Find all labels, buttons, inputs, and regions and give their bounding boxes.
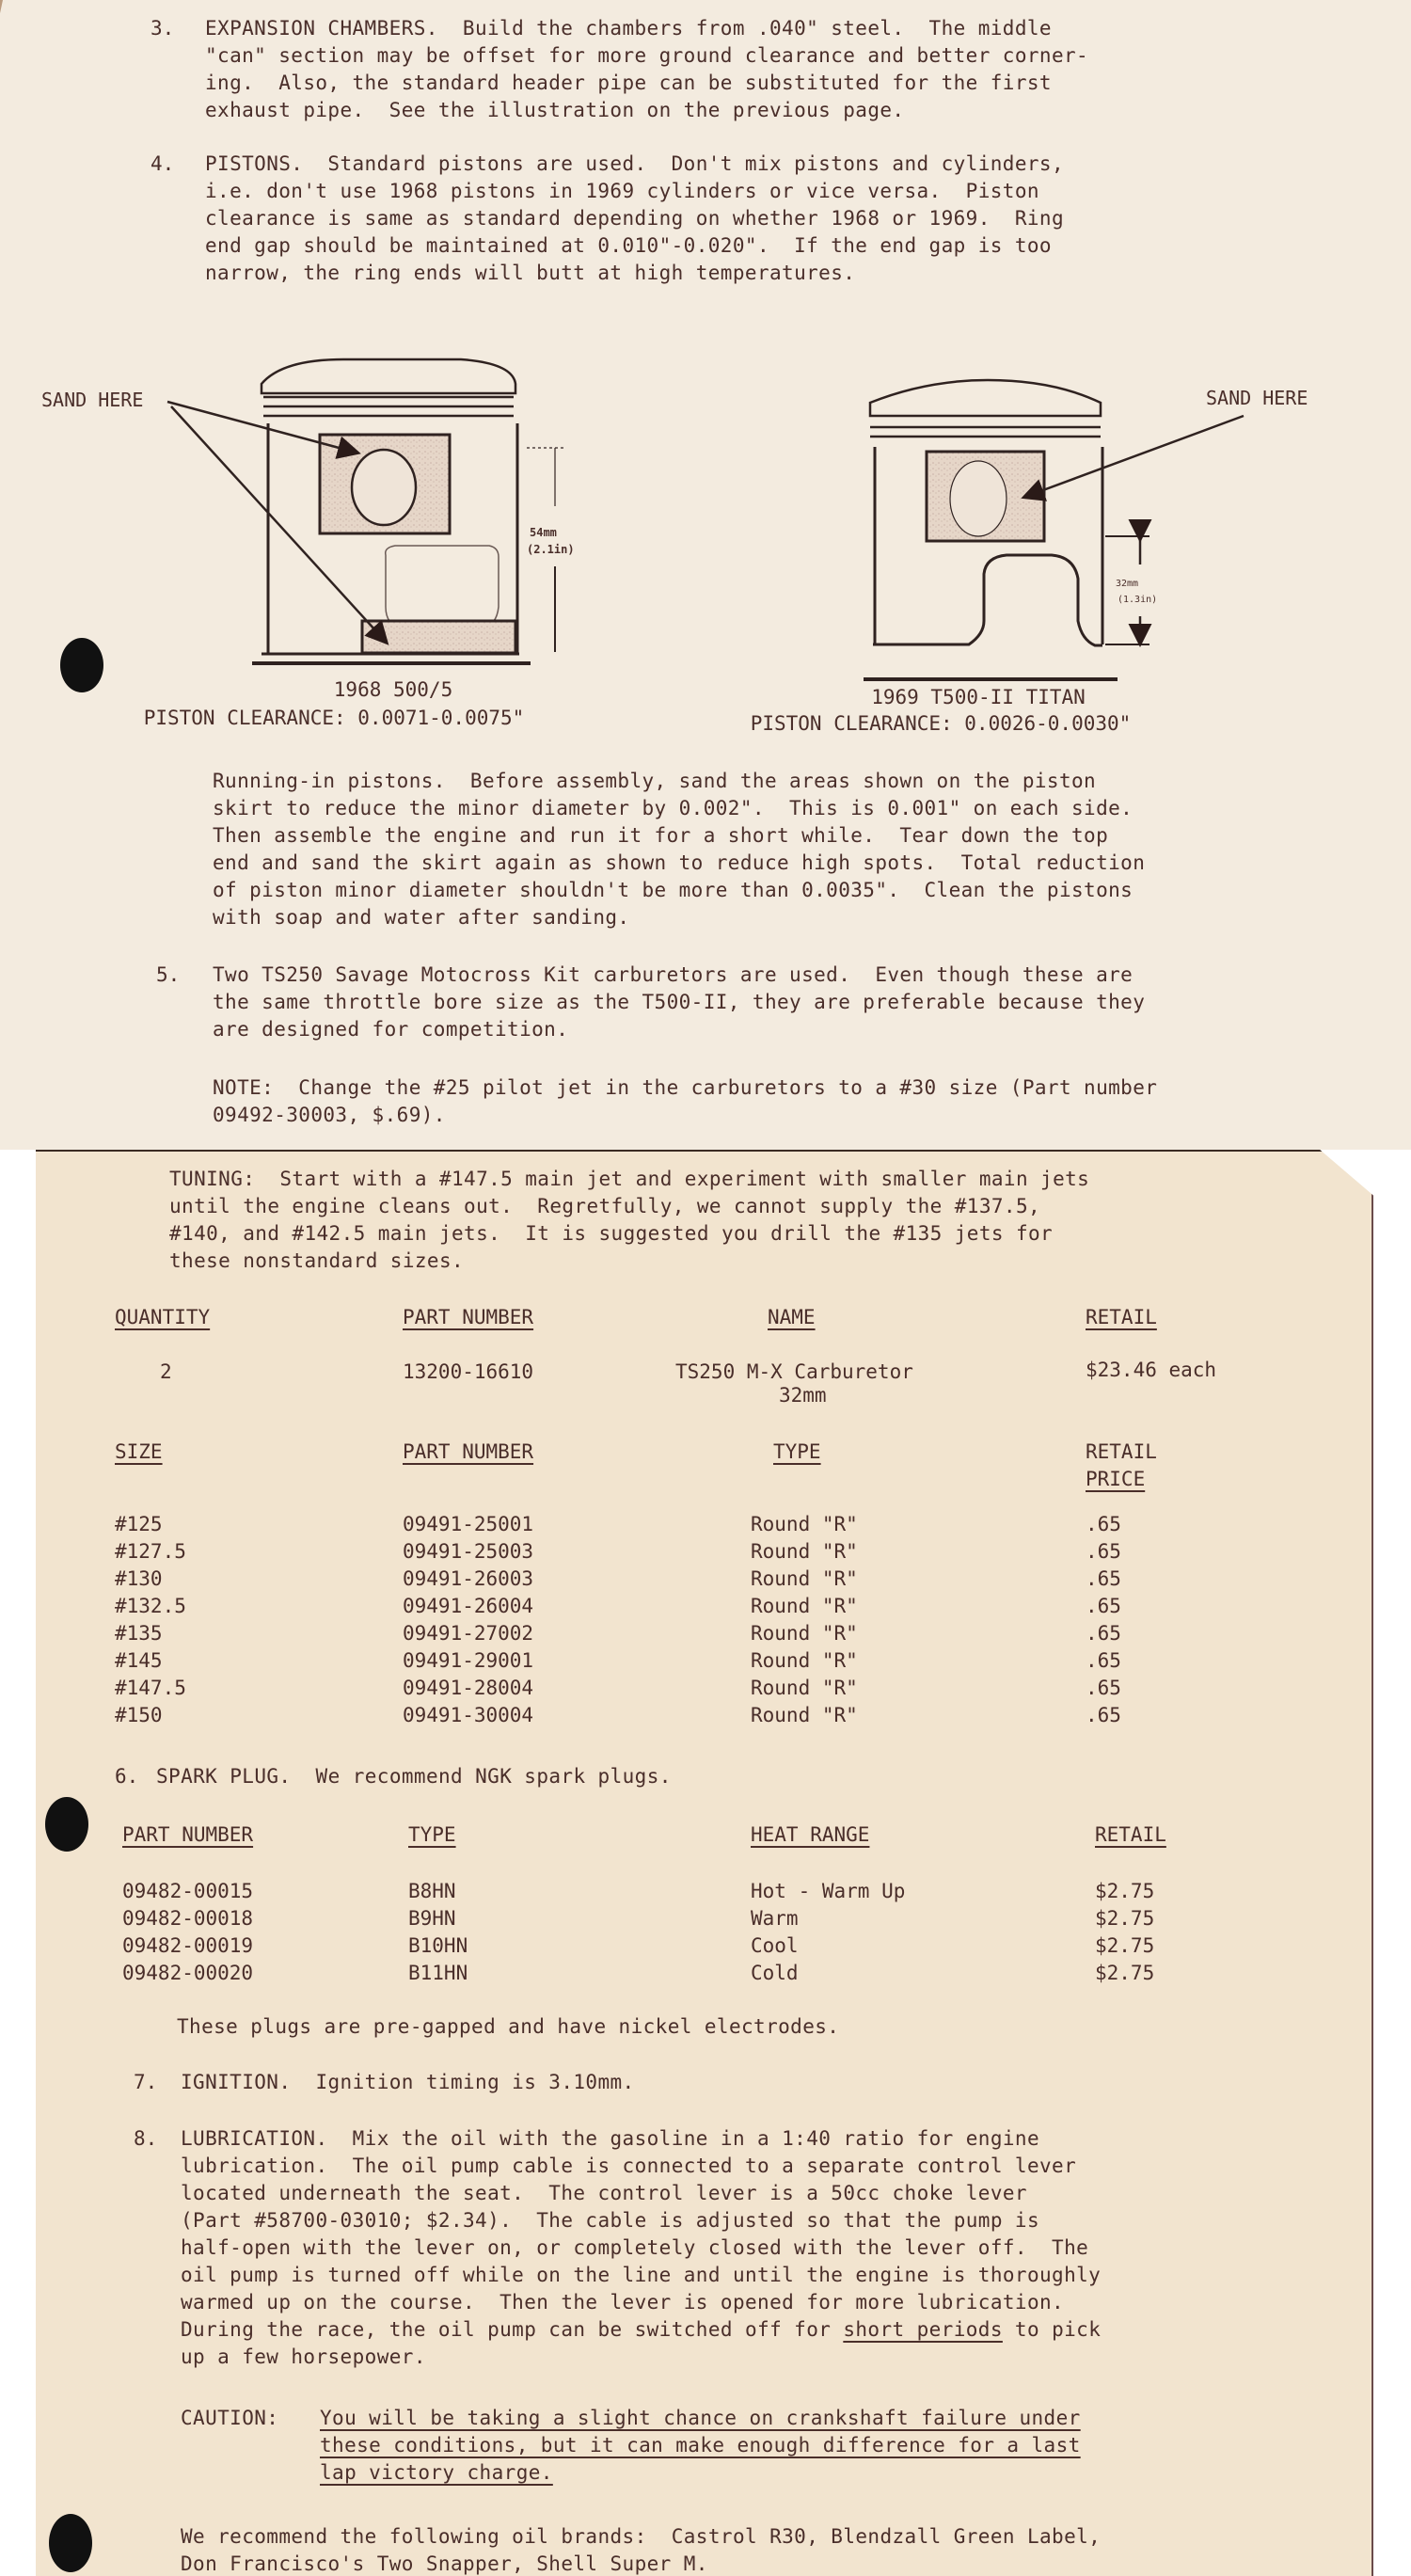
section-6-number: 6. (115, 1763, 138, 1790)
cell-price: .65 (1086, 1538, 1121, 1566)
cell-type: Round "R" (751, 1566, 858, 1593)
bottom-page: TUNING: Start with a #147.5 main jet and… (36, 1150, 1373, 2576)
cell-type: Round "R" (751, 1511, 858, 1538)
dimension-54mm: 54mm (530, 526, 557, 539)
page-fold-edge (0, 0, 40, 245)
emphasis-short-periods: short periods (843, 2318, 1003, 2341)
cell-price: .65 (1086, 1511, 1121, 1538)
cell-part-number: 09491-29001 (403, 1647, 533, 1675)
cell-size: #150 (115, 1702, 163, 1729)
cell-price: .65 (1086, 1702, 1121, 1729)
cell-part-number: 09482-00015 (122, 1878, 253, 1905)
model-1969-label: 1969 T500-II TITAN (871, 686, 1086, 708)
cell-size: #125 (115, 1511, 163, 1538)
col-header-part-number: PART NUMBER (403, 1439, 533, 1466)
cell-type: Round "R" (751, 1675, 858, 1702)
col-header-quantity: QUANTITY (115, 1304, 210, 1331)
piston-1968-diagram (167, 359, 564, 663)
section-7-number: 7. (134, 2069, 157, 2096)
clearance-1969-label: PISTON CLEARANCE: 0.0026-0.0030" (751, 712, 1132, 735)
cell-type: B11HN (408, 1960, 468, 1987)
top-page: 3. EXPANSION CHAMBERS. Build the chamber… (0, 0, 1411, 1150)
cell-size: #145 (115, 1647, 163, 1675)
col-header-retail: RETAIL (1086, 1304, 1157, 1331)
cell-part-number: 09482-00019 (122, 1932, 253, 1960)
cell-type: Round "R" (751, 1538, 858, 1566)
caution-label: CAUTION: (181, 2405, 278, 2432)
dimension-2-1in: (2.1in) (527, 543, 575, 556)
col-header-type: TYPE (408, 1821, 456, 1849)
clearance-1968-label: PISTON CLEARANCE: 0.0071-0.0075" (144, 707, 525, 729)
cell-retail: $2.75 (1095, 1960, 1154, 1987)
cell-type: B10HN (408, 1932, 468, 1960)
piston-1969-diagram (864, 380, 1244, 679)
cell-heat: Hot - Warm Up (751, 1878, 905, 1905)
cell-part-number: 09491-25003 (403, 1538, 533, 1566)
section-5-number: 5. (156, 962, 180, 989)
cell-part-number: 09491-28004 (403, 1675, 533, 1702)
cell-type: Round "R" (751, 1593, 858, 1620)
section-8-number: 8. (134, 2125, 157, 2153)
col-header-size: SIZE (115, 1439, 163, 1466)
sand-here-label-right: SAND HERE (1206, 387, 1308, 409)
cell-price: .65 (1086, 1647, 1121, 1675)
cell-size: #147.5 (115, 1675, 186, 1702)
cell-type: Round "R" (751, 1620, 858, 1647)
binder-hole (60, 638, 103, 692)
dimension-32mm: 32mm (1116, 579, 1138, 589)
sand-here-label-left: SAND HERE (41, 389, 143, 411)
col-header-heat-range: HEAT RANGE (751, 1821, 869, 1849)
cell-heat: Cold (751, 1960, 799, 1987)
cell-size: #135 (115, 1620, 163, 1647)
cell-size: #130 (115, 1566, 163, 1593)
cell-part-number: 09482-00020 (122, 1960, 253, 1987)
cell-type: Round "R" (751, 1702, 858, 1729)
cell-size: #127.5 (115, 1538, 186, 1566)
cell-retail: $2.75 (1095, 1905, 1154, 1932)
cell-size: #132.5 (115, 1593, 186, 1620)
cell-price: .65 (1086, 1593, 1121, 1620)
cell-retail: $2.75 (1095, 1932, 1154, 1960)
cell-type: B9HN (408, 1905, 456, 1932)
cell-price: .65 (1086, 1675, 1121, 1702)
col-header-retail: RETAIL (1095, 1821, 1166, 1849)
cell-part-number: 09491-26003 (403, 1566, 533, 1593)
binder-hole (49, 2514, 92, 2572)
col-header-price: PRICE (1086, 1466, 1145, 1493)
cell-price: .65 (1086, 1620, 1121, 1647)
cell-part-number: 09491-27002 (403, 1620, 533, 1647)
cell-part-number: 09491-30004 (403, 1702, 533, 1729)
section-4-number: 4. (151, 151, 174, 178)
section-3-number: 3. (151, 15, 174, 42)
section-6-spark-plug: SPARK PLUG. We recommend NGK spark plugs… (156, 1763, 672, 1790)
binder-hole (45, 1797, 88, 1852)
cell-part-number: 09491-26004 (403, 1593, 533, 1620)
cell-price: .65 (1086, 1566, 1121, 1593)
model-1968-label: 1968 500/5 (334, 678, 452, 701)
cell-type: Round "R" (751, 1647, 858, 1675)
col-header-retail: RETAIL (1086, 1439, 1157, 1466)
plugs-note: These plugs are pre-gapped and have nick… (177, 2013, 839, 2041)
col-header-part-number: PART NUMBER (122, 1821, 253, 1849)
piston-diagrams: SAND HERE 54mm (2.1in) 1968 500/5 PISTON… (0, 348, 1411, 743)
cell-heat: Warm (751, 1905, 799, 1932)
col-header-type: TYPE (773, 1439, 821, 1466)
cell-part-number: 09482-00018 (122, 1905, 253, 1932)
col-header-part-number: PART NUMBER (403, 1304, 533, 1331)
cell-type: B8HN (408, 1878, 456, 1905)
dimension-1-3in: (1.3in) (1118, 595, 1157, 605)
cell-retail: $2.75 (1095, 1878, 1154, 1905)
section-7-ignition: IGNITION. Ignition timing is 3.10mm. (181, 2069, 635, 2096)
cell-heat: Cool (751, 1932, 799, 1960)
col-header-name: NAME (768, 1304, 816, 1331)
cell-part-number: 09491-25001 (403, 1511, 533, 1538)
